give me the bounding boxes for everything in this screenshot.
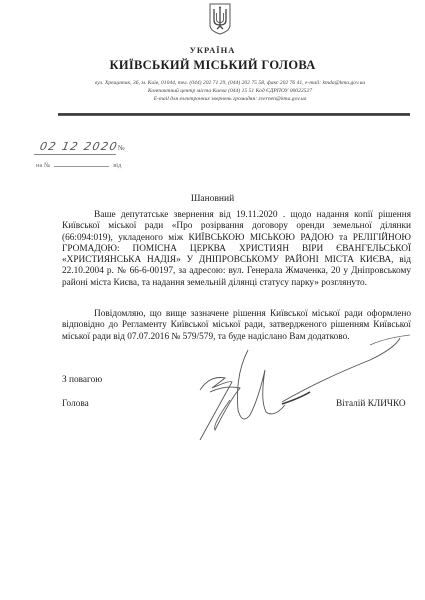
contact-address-line: вул. Хрещатик, 36, м. Київ, 01044, тел. … — [40, 79, 420, 87]
signer-name: Віталій КЛИЧКО — [336, 399, 406, 409]
contact-email-line: E-mail для електронних звернень громадян… — [40, 95, 420, 103]
letter-page: УКРАЇНА КИЇВСЬКИЙ МІСЬКИЙ ГОЛОВА вул. Хр… — [0, 0, 425, 600]
closing: З повагою — [62, 375, 102, 385]
registration-date: 02 12 2020 № — [30, 140, 150, 156]
paragraph-2: Повідомляю, що вище зазначене рішення Ки… — [62, 309, 411, 343]
reply-blank — [54, 166, 109, 167]
reply-suffix: від — [113, 162, 121, 169]
letterhead-divider — [58, 113, 410, 116]
letterhead-title: КИЇВСЬКИЙ МІСЬКИЙ ГОЛОВА — [0, 58, 425, 73]
position-title: Голова — [62, 399, 89, 409]
contact-center-line: Контактний центр міста Києва (044) 15 51… — [40, 87, 420, 95]
signature-icon — [170, 330, 410, 450]
reply-reference: на №від — [36, 162, 121, 169]
number-label: № — [118, 144, 125, 152]
trident-coat-of-arms-icon — [208, 3, 232, 35]
paragraph-2-text: Повідомляю, що вище зазначене рішення Ки… — [62, 309, 411, 343]
country-heading: УКРАЇНА — [0, 45, 425, 55]
paragraph-1: Ваше депутатське звернення від 19.11.202… — [62, 210, 411, 289]
date-underline — [34, 154, 116, 155]
handwritten-date: 02 12 2020 — [39, 140, 120, 153]
paragraph-1-text: Ваше депутатське звернення від 19.11.202… — [62, 210, 411, 289]
greeting: Шановний — [0, 194, 425, 204]
reply-prefix: на № — [36, 162, 50, 169]
